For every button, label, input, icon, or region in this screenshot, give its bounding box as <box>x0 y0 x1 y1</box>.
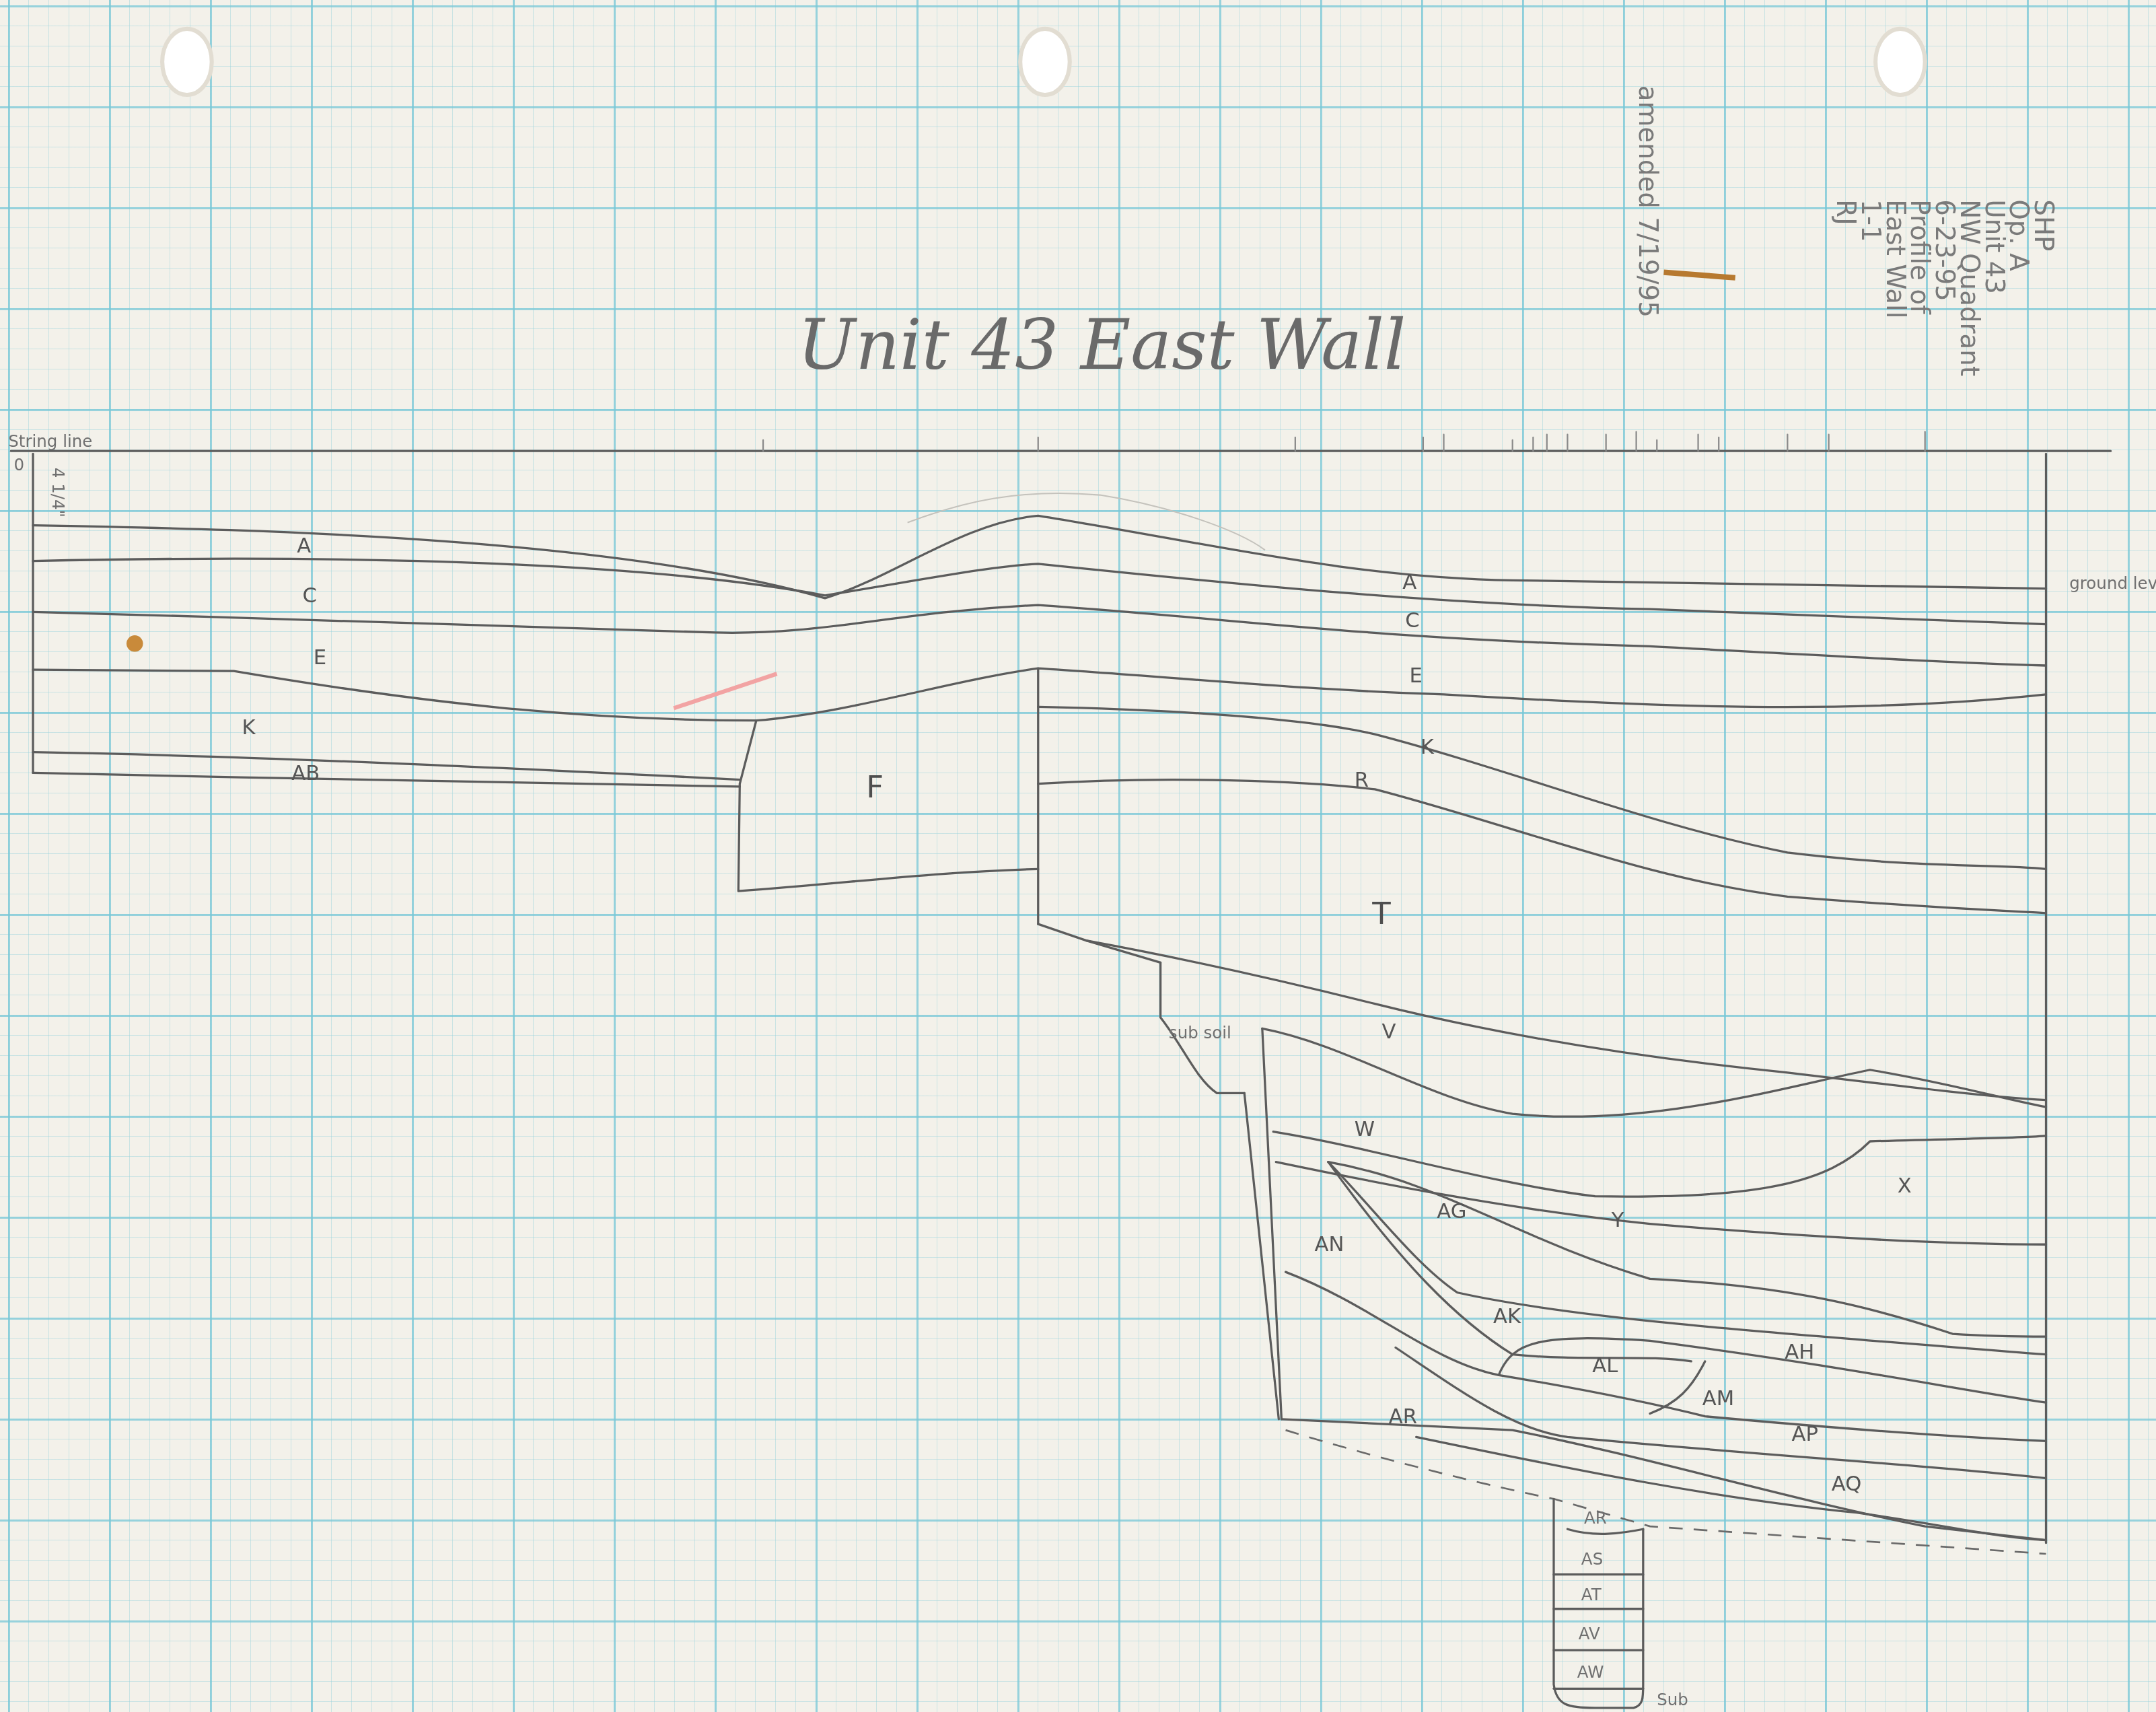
stratum-label-x: X <box>1898 1174 1912 1198</box>
column-label-av: AV <box>1579 1624 1600 1643</box>
boundary-lower-floor <box>1281 1419 2046 1540</box>
datum-offset: 4 1/4" <box>48 468 68 518</box>
stratum-label-aq: AQ <box>1832 1472 1862 1496</box>
stratum-label-ag: AG <box>1437 1200 1466 1223</box>
stratum-label-y: Y <box>1611 1209 1624 1232</box>
erased-sketch <box>908 493 1265 550</box>
stratum-label-v: V <box>1382 1020 1396 1044</box>
stratum-label-k-right: K <box>1421 736 1435 759</box>
boundary-c-e <box>33 605 2046 666</box>
boundary-al-ah <box>1286 1272 2046 1402</box>
stratum-label-t: T <box>1371 896 1391 931</box>
ground-level-label: ground level <box>2069 573 2156 593</box>
string-line-label: String line <box>8 431 92 451</box>
stratum-label-ap: AP <box>1792 1423 1818 1446</box>
boundary-an-ak <box>1328 1162 1691 1361</box>
boundary-w-x <box>1273 1132 2046 1197</box>
stratum-label-c-right: C <box>1405 609 1419 633</box>
profile-drawing: Unit 43 East Wall SHP Op. A Unit 43 NW Q… <box>0 0 2156 1712</box>
red-pencil-mark <box>674 674 777 708</box>
string-line-ticks <box>763 432 1925 452</box>
amendment-note: amended 7/19/95 <box>1632 85 1663 318</box>
stain-spot <box>127 635 143 652</box>
boundary-ground-surface <box>33 515 2046 598</box>
stratum-label-c-left: C <box>303 584 317 608</box>
boundary-ar-ap <box>1396 1348 2046 1478</box>
boundary-v-w <box>1262 1028 2046 1116</box>
boundary-al-am <box>1499 1375 2046 1441</box>
stratum-label-a-left: A <box>297 534 311 558</box>
stratum-label-e-right: E <box>1409 664 1422 688</box>
svg-text:amended 7/19/95: amended 7/19/95 <box>1632 85 1663 318</box>
boundary-ag-ak <box>1328 1162 2046 1355</box>
boundary-a-c <box>33 559 2046 625</box>
column-ar-as <box>1567 1529 1643 1534</box>
stratum-label-an: AN <box>1314 1233 1344 1256</box>
feature-f-outline <box>738 721 1038 891</box>
datum-zero: 0 <box>13 455 24 474</box>
stain-mark <box>1663 273 1735 278</box>
subsoil-bottom-label: Sub <box>1657 1690 1688 1709</box>
stratum-label-ar: AR <box>1389 1405 1417 1429</box>
binder-hole-left <box>162 29 212 95</box>
stratum-label-a-right: A <box>1402 571 1416 594</box>
page-title: Unit 43 East Wall <box>797 306 1406 386</box>
column-label-at: AT <box>1581 1585 1602 1604</box>
binder-hole-right <box>1875 29 1925 95</box>
stratum-label-ak: AK <box>1493 1305 1521 1328</box>
stratum-label-ah: AH <box>1785 1341 1814 1364</box>
stratum-label-k-left: K <box>242 716 256 740</box>
boundary-r-t <box>1038 780 2046 913</box>
stratum-label-ab: AB <box>291 762 320 785</box>
stratum-label-al: AL <box>1592 1354 1618 1378</box>
stratum-label-w: W <box>1355 1118 1375 1141</box>
header-initials: RJ <box>1830 199 1861 225</box>
column-label-ar: AR <box>1584 1508 1607 1528</box>
boundary-ag-y <box>1328 1162 2046 1337</box>
subsoil-label: sub soil <box>1169 1023 1231 1042</box>
boundary-ap-aq <box>1416 1437 2046 1540</box>
column-label-aw: AW <box>1577 1662 1604 1682</box>
boundary-k-r <box>1038 707 2046 869</box>
stratum-label-r: R <box>1355 769 1369 792</box>
column-label-as: AS <box>1581 1549 1603 1569</box>
boundary-e-k <box>33 668 2046 721</box>
stratum-label-e-left: E <box>314 646 326 670</box>
binder-hole-center <box>1020 29 1070 95</box>
subsoil-top <box>1086 941 1160 963</box>
stratum-label-am: AM <box>1702 1387 1734 1411</box>
header-block: SHP Op. A Unit 43 NW Quadrant 6-23-95 Pr… <box>1830 199 2058 376</box>
excavation-floor-dashed <box>1286 1430 2046 1554</box>
feature-label-f: F <box>866 769 884 805</box>
